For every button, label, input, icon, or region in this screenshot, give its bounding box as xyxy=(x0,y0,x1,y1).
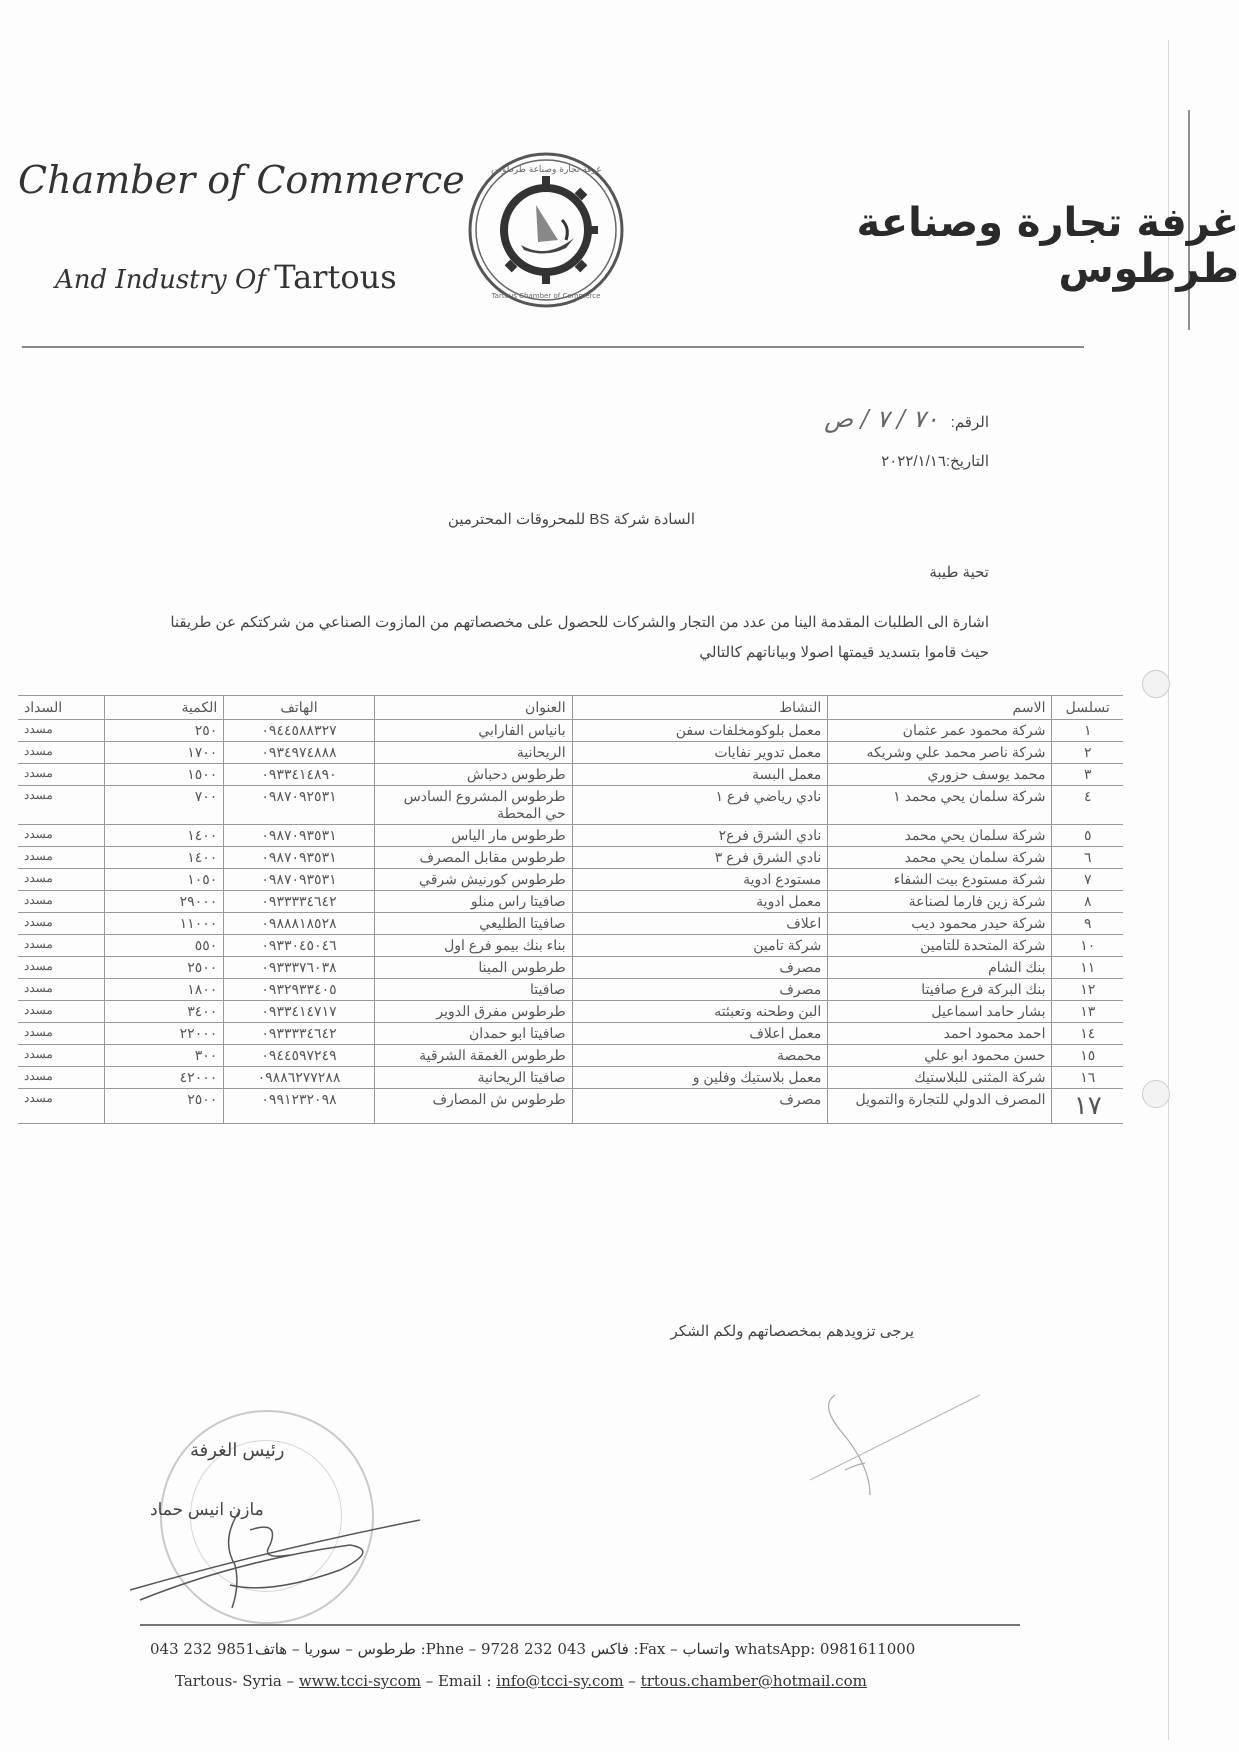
row-payment: مسدد xyxy=(18,742,105,764)
row-name: شركة سلمان يحي محمد xyxy=(828,847,1052,869)
row-payment: مسدد xyxy=(18,825,105,847)
email-label: – Email : xyxy=(421,1672,496,1690)
row-payment: مسدد xyxy=(18,979,105,1001)
table-row: ١٣بشار حامد اسماعيلالبن وطحنه وتعبئتهطرط… xyxy=(18,1001,1123,1023)
footer-web-line: Tartous- Syria – www.tcci-sycom – Email … xyxy=(175,1672,867,1690)
row-phone: ٠٩٨٧٠٩٣٥٣١ xyxy=(224,825,374,847)
row-activity: مصرف xyxy=(572,979,828,1001)
header-seq: تسلسل xyxy=(1052,696,1123,720)
row-activity: معمل تدوير نفايات xyxy=(572,742,828,764)
header-address: العنوان xyxy=(374,696,572,720)
english-subtitle: And Industry Of Tartous xyxy=(55,258,397,296)
row-activity: مصرف xyxy=(572,1089,828,1124)
row-activity: نادي الشرق فرع ٣ xyxy=(572,847,828,869)
row-activity: معمل اعلاف xyxy=(572,1023,828,1045)
row-seq: ١ xyxy=(1052,720,1123,742)
chamber-logo-icon: غرفة تجارة وصناعة طرطوس Tartous Chamber … xyxy=(466,150,626,310)
footer-location: Tartous- Syria – xyxy=(175,1672,299,1690)
recipient: السادة شركة BS للمحروقات المحترمين xyxy=(448,510,695,528)
table-row: ٥شركة سلمان يحي محمدنادي الشرق فرع٢طرطوس… xyxy=(18,825,1123,847)
row-seq: ٣ xyxy=(1052,764,1123,786)
table-row: ١٦شركة المثنى للبلاستيكمعمل بلاستيك وفلي… xyxy=(18,1067,1123,1089)
row-quantity: ٧٠٠ xyxy=(105,786,224,825)
row-activity: معمل بلوكومخلفات سفن xyxy=(572,720,828,742)
signatory-title: رئيس الغرفة xyxy=(190,1440,284,1461)
email-link-hotmail[interactable]: trtous.chamber@hotmail.com xyxy=(641,1672,867,1690)
row-seq: ٩ xyxy=(1052,913,1123,935)
row-activity: مصرف xyxy=(572,957,828,979)
english-title: Chamber of Commerce xyxy=(18,158,465,202)
date-value: ٢٠٢٢/١/١٦ xyxy=(881,453,946,470)
row-name: شركة محمود عمر عثمان xyxy=(828,720,1052,742)
date-label: التاريخ: xyxy=(946,453,989,470)
row-phone: ٠٩٣٤٩٧٤٨٨٨ xyxy=(224,742,374,764)
row-activity: مستودع ادوية xyxy=(572,869,828,891)
row-phone: ٠٩٣٣٤١٤٧١٧ xyxy=(224,1001,374,1023)
row-quantity: ٣٤٠٠ xyxy=(105,1001,224,1023)
signature-scribble-icon xyxy=(120,1490,420,1614)
row-payment: مسدد xyxy=(18,1089,105,1124)
row-quantity: ١٥٠٠ xyxy=(105,764,224,786)
row-name: محمد يوسف حزوري xyxy=(828,764,1052,786)
row-name: شركة سلمان يحي محمد xyxy=(828,825,1052,847)
footer-divider xyxy=(140,1624,1020,1626)
row-address: طرطوس ش المصارف xyxy=(374,1089,572,1124)
row-quantity: ١٤٠٠ xyxy=(105,825,224,847)
row-payment: مسدد xyxy=(18,1067,105,1089)
table-row: ٣محمد يوسف حزوريمعمل البسةطرطوس دحباش٠٩٣… xyxy=(18,764,1123,786)
row-payment: مسدد xyxy=(18,869,105,891)
row-address: صافيتا راس منلو xyxy=(374,891,572,913)
table-row: ١٠شركة المتحدة للتامينشركة تامينبناء بنك… xyxy=(18,935,1123,957)
letter-body: اشارة الى الطلبات المقدمة الينا من عدد م… xyxy=(139,608,989,668)
row-name: حسن محمود ابو علي xyxy=(828,1045,1052,1067)
table-row: ٢شركة ناصر محمد علي وشريكهمعمل تدوير نفا… xyxy=(18,742,1123,764)
row-activity: معمل بلاستيك وفلين و xyxy=(572,1067,828,1089)
row-quantity: ٢٥٠٠ xyxy=(105,957,224,979)
row-phone: ٠٩٤٤٥٩٧٢٤٩ xyxy=(224,1045,374,1067)
footer-separator: – xyxy=(624,1672,641,1690)
email-link-info[interactable]: info@tcci-sy.com xyxy=(496,1672,623,1690)
row-quantity: ١٨٠٠ xyxy=(105,979,224,1001)
english-subtitle-prefix: And Industry Of xyxy=(55,265,274,295)
row-name: شركة مستودع بيت الشفاء xyxy=(828,869,1052,891)
second-signature-icon xyxy=(800,1385,1020,1529)
row-phone: ٠٩٨٧٠٩٣٥٣١ xyxy=(224,869,374,891)
row-phone: ٠٩٨٧٠٩٢٥٣١ xyxy=(224,786,374,825)
row-payment: مسدد xyxy=(18,847,105,869)
footer-contact-line: طرطوس – سوريا – هاتف9851 232 043 :Phne –… xyxy=(150,1640,915,1658)
row-name: شركة المثنى للبلاستيك xyxy=(828,1067,1052,1089)
row-address: طرطوس مار الياس xyxy=(374,825,572,847)
table-row: ١١بنك الشاممصرفطرطوس المينا٠٩٣٣٣٧٦٠٣٨٢٥٠… xyxy=(18,957,1123,979)
row-payment: مسدد xyxy=(18,1001,105,1023)
row-address: طرطوس الغمقة الشرقية xyxy=(374,1045,572,1067)
row-seq: ٥ xyxy=(1052,825,1123,847)
reference-number: الرقم: ٧٠ / ٧ / ص xyxy=(824,405,989,433)
row-activity: معمل البسة xyxy=(572,764,828,786)
table-row: ١٢بنك البركة فرع صافيتامصرفصافيتا٠٩٣٢٩٣٣… xyxy=(18,979,1123,1001)
row-activity: شركة تامين xyxy=(572,935,828,957)
row-address: طرطوس المينا xyxy=(374,957,572,979)
row-name: شركة المتحدة للتامين xyxy=(828,935,1052,957)
row-quantity: ١١٠٠٠ xyxy=(105,913,224,935)
row-seq: ١٥ xyxy=(1052,1045,1123,1067)
row-phone: ٠٩٨٨٦٢٧٧٢٨٨ xyxy=(224,1067,374,1089)
row-payment: مسدد xyxy=(18,764,105,786)
reference-value: ٧٠ / ٧ / ص xyxy=(824,405,938,433)
row-seq: ١٤ xyxy=(1052,1023,1123,1045)
table-row: ٦شركة سلمان يحي محمدنادي الشرق فرع ٣طرطو… xyxy=(18,847,1123,869)
arabic-title: غرفة تجارة وصناعة طرطوس xyxy=(665,200,1239,292)
table-row: ١٥حسن محمود ابو عليمحمصةطرطوس الغمقة الش… xyxy=(18,1045,1123,1067)
row-payment: مسدد xyxy=(18,935,105,957)
row-activity: محمصة xyxy=(572,1045,828,1067)
row-phone: ٠٩٣٣٣٣٤٦٤٢ xyxy=(224,1023,374,1045)
row-payment: مسدد xyxy=(18,1045,105,1067)
row-payment: مسدد xyxy=(18,891,105,913)
table-row: ٩شركة حيدر محمود ديباعلافصافيتا الطليعي٠… xyxy=(18,913,1123,935)
row-phone: ٠٩٣٣٤١٤٨٩٠ xyxy=(224,764,374,786)
row-name: المصرف الدولي للتجارة والتمويل xyxy=(828,1089,1052,1124)
svg-text:غرفة تجارة وصناعة طرطوس: غرفة تجارة وصناعة طرطوس xyxy=(491,165,601,175)
table-row: ٨شركة زين فارما لصناعةمعمل ادويةصافيتا ر… xyxy=(18,891,1123,913)
header-activity: النشاط xyxy=(572,696,828,720)
header-quantity: الكمية xyxy=(105,696,224,720)
row-address: طرطوس مفرق الدوير xyxy=(374,1001,572,1023)
row-name: شركة ناصر محمد علي وشريكه xyxy=(828,742,1052,764)
header-name: الاسم xyxy=(828,696,1052,720)
row-seq: ٢ xyxy=(1052,742,1123,764)
row-seq: ٦ xyxy=(1052,847,1123,869)
row-seq: ١١ xyxy=(1052,957,1123,979)
row-payment: مسدد xyxy=(18,913,105,935)
row-payment: مسدد xyxy=(18,786,105,825)
row-address: طرطوس المشروع السادس حي المحطة xyxy=(374,786,572,825)
row-address: بانياس الفارابي xyxy=(374,720,572,742)
svg-text:Tartous Chamber of Commerce: Tartous Chamber of Commerce xyxy=(491,292,601,300)
row-address: صافيتا الطليعي xyxy=(374,913,572,935)
row-phone: ٠٩٣٣٣٧٦٠٣٨ xyxy=(224,957,374,979)
row-quantity: ٥٥٠ xyxy=(105,935,224,957)
row-seq: ١٠ xyxy=(1052,935,1123,957)
row-phone: ٠٩٣٣٣٣٤٦٤٢ xyxy=(224,891,374,913)
row-seq: ١٣ xyxy=(1052,1001,1123,1023)
row-quantity: ١٤٠٠ xyxy=(105,847,224,869)
table-row: ٤شركة سلمان يحي محمد ١نادي رياضي فرع ١طر… xyxy=(18,786,1123,825)
row-address: صافيتا الريحانية xyxy=(374,1067,572,1089)
header-phone: الهاتف xyxy=(224,696,374,720)
letter-date: التاريخ:٢٠٢٢/١/١٦ xyxy=(881,452,989,470)
row-address: صافيتا xyxy=(374,979,572,1001)
row-payment: مسدد xyxy=(18,720,105,742)
row-seq: ٨ xyxy=(1052,891,1123,913)
reference-label: الرقم: xyxy=(951,414,989,431)
row-quantity: ٤٢٠٠٠ xyxy=(105,1067,224,1089)
row-phone: ٠٩٣٢٩٣٣٤٠٥ xyxy=(224,979,374,1001)
row-payment: مسدد xyxy=(18,1023,105,1045)
table-header-row: تسلسل الاسم النشاط العنوان الهاتف الكمية… xyxy=(18,696,1123,720)
english-subtitle-city: Tartous xyxy=(274,258,396,296)
row-name: شركة سلمان يحي محمد ١ xyxy=(828,786,1052,825)
row-quantity: ٢٩٠٠٠ xyxy=(105,891,224,913)
row-seq: ٤ xyxy=(1052,786,1123,825)
row-phone: ٠٩٣٣٠٤٥٠٤٦ xyxy=(224,935,374,957)
row-address: الريحانية xyxy=(374,742,572,764)
header-payment: السداد xyxy=(18,696,105,720)
row-seq: ٧ xyxy=(1052,869,1123,891)
row-quantity: ١٠٥٠ xyxy=(105,869,224,891)
row-phone: ٠٩٤٤٥٨٨٣٢٧ xyxy=(224,720,374,742)
row-phone: ٠٩٨٨٨١٨٥٢٨ xyxy=(224,913,374,935)
row-quantity: ٢٥٠٠ xyxy=(105,1089,224,1124)
row-phone: ٠٩٩١٢٣٢٠٩٨ xyxy=(224,1089,374,1124)
header-divider xyxy=(22,346,1084,348)
greeting: تحية طيبة xyxy=(929,563,989,581)
row-address: طرطوس مقابل المصرف xyxy=(374,847,572,869)
row-quantity: ٢٢٠٠٠ xyxy=(105,1023,224,1045)
row-payment: مسدد xyxy=(18,957,105,979)
table-row: ١٧المصرف الدولي للتجارة والتمويلمصرفطرطو… xyxy=(18,1089,1123,1124)
row-name: شركة حيدر محمود ديب xyxy=(828,913,1052,935)
row-activity: اعلاف xyxy=(572,913,828,935)
table-row: ١شركة محمود عمر عثمانمعمل بلوكومخلفات سف… xyxy=(18,720,1123,742)
row-address: بناء بنك بيمو فرع اول xyxy=(374,935,572,957)
row-name: بنك البركة فرع صافيتا xyxy=(828,979,1052,1001)
row-seq: ١٧ xyxy=(1052,1089,1123,1124)
punch-hole-bottom xyxy=(1142,1080,1170,1108)
row-activity: معمل ادوية xyxy=(572,891,828,913)
row-name: شركة زين فارما لصناعة xyxy=(828,891,1052,913)
row-address: طرطوس دحباش xyxy=(374,764,572,786)
row-name: بنك الشام xyxy=(828,957,1052,979)
table-row: ١٤احمد محمود احمدمعمل اعلافصافيتا ابو حم… xyxy=(18,1023,1123,1045)
row-name: بشار حامد اسماعيل xyxy=(828,1001,1052,1023)
row-address: طرطوس كورنيش شرقي xyxy=(374,869,572,891)
website-link[interactable]: www.tcci-sycom xyxy=(299,1672,421,1690)
closing-line: يرجى تزويدهم بمخصصاتهم ولكم الشكر xyxy=(671,1322,914,1340)
row-quantity: ١٧٠٠ xyxy=(105,742,224,764)
table-row: ٧شركة مستودع بيت الشفاءمستودع ادويةطرطوس… xyxy=(18,869,1123,891)
allocations-table: تسلسل الاسم النشاط العنوان الهاتف الكمية… xyxy=(18,695,1123,1124)
row-address: صافيتا ابو حمدان xyxy=(374,1023,572,1045)
row-seq: ١٢ xyxy=(1052,979,1123,1001)
row-quantity: ٢٥٠ xyxy=(105,720,224,742)
row-name: احمد محمود احمد xyxy=(828,1023,1052,1045)
row-activity: البن وطحنه وتعبئته xyxy=(572,1001,828,1023)
row-activity: نادي رياضي فرع ١ xyxy=(572,786,828,825)
row-quantity: ٣٠٠ xyxy=(105,1045,224,1067)
punch-hole-top xyxy=(1142,670,1170,698)
row-phone: ٠٩٨٧٠٩٣٥٣١ xyxy=(224,847,374,869)
row-activity: نادي الشرق فرع٢ xyxy=(572,825,828,847)
scan-edge xyxy=(1168,40,1169,1740)
row-seq: ١٦ xyxy=(1052,1067,1123,1089)
